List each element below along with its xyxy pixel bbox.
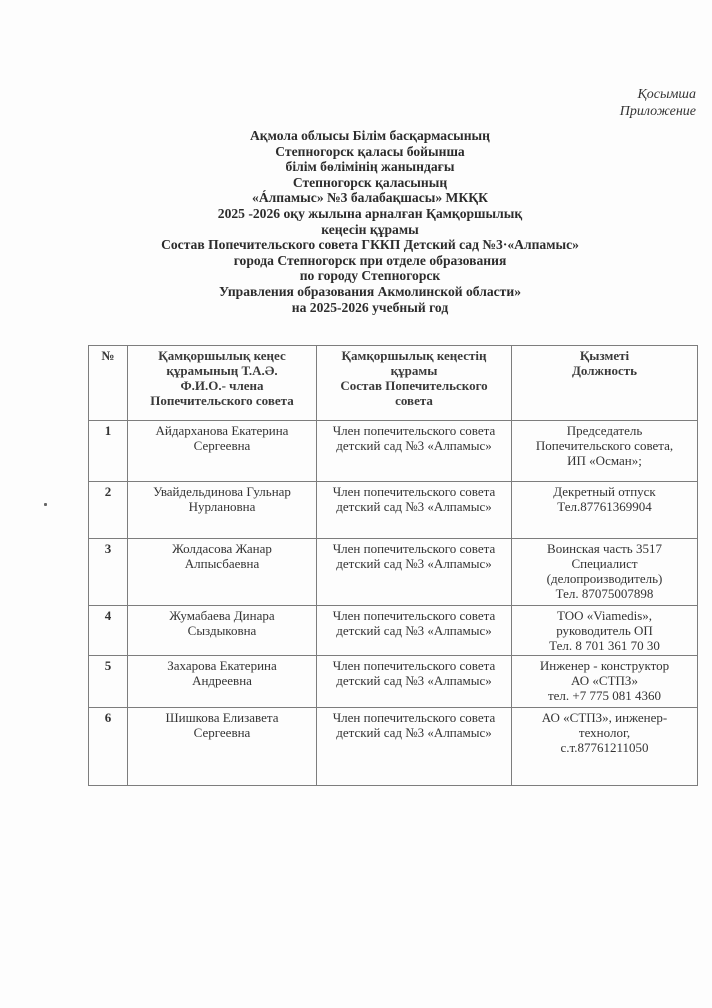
council-role-line: детский сад №3 «Алпамыс»: [320, 725, 508, 740]
row-number: 4: [89, 606, 128, 656]
table-row: 4Жумабаева ДинараСыздыковнаЧлен попечите…: [89, 606, 698, 656]
council-role: Член попечительского советадетский сад №…: [317, 708, 512, 786]
council-role: Член попечительского советадетский сад №…: [317, 606, 512, 656]
heading-line: кеңесін құрамы: [60, 222, 680, 238]
member-name-line: Увайдельдинова Гульнар: [131, 484, 313, 499]
member-position: АО «СТПЗ», инженер-технолог,с.т.87761211…: [512, 708, 698, 786]
header-text-line: құрамының Т.А.Ә.: [131, 363, 313, 378]
council-role-line: Член попечительского совета: [320, 710, 508, 725]
header-text-line: Попечительского совета: [131, 393, 313, 408]
member-name-line: Сергеевна: [131, 725, 313, 740]
row-number: 5: [89, 656, 128, 708]
table-body: 1Айдарханова ЕкатеринаСергеевнаЧлен попе…: [89, 421, 698, 786]
scan-speck: [44, 503, 47, 506]
member-name: Увайдельдинова ГульнарНурлановна: [128, 482, 317, 539]
header-council-role: Қамқоршылық кеңестіңқұрамыСостав Попечит…: [317, 346, 512, 421]
council-role: Член попечительского советадетский сад №…: [317, 482, 512, 539]
heading-line: «Áлпамыс» №3 балабақшасы» МКҚК: [60, 190, 680, 206]
header-text-line: Должность: [515, 363, 694, 378]
member-name-line: Алпысбаевна: [131, 556, 313, 571]
header-text-line: Қамқоршылық кеңес: [131, 348, 313, 363]
member-position-line: технолог,: [515, 725, 694, 740]
member-position-line: (делопроизводитель): [515, 571, 694, 586]
header-text-line: совета: [320, 393, 508, 408]
council-role: Член попечительского советадетский сад №…: [317, 656, 512, 708]
member-name-line: Жумабаева Динара: [131, 608, 313, 623]
header-number: №: [89, 346, 128, 421]
member-position-line: Тел.87761369904: [515, 499, 694, 514]
council-role-line: Член попечительского совета: [320, 423, 508, 438]
council-role-line: Член попечительского совета: [320, 608, 508, 623]
council-role-line: детский сад №3 «Алпамыс»: [320, 623, 508, 638]
member-name: Жолдасова ЖанарАлпысбаевна: [128, 539, 317, 606]
member-name-line: Жолдасова Жанар: [131, 541, 313, 556]
member-position-line: ИП «Осман»;: [515, 453, 694, 468]
member-position-line: ТОО «Viamedis»,: [515, 608, 694, 623]
board-members-table: №Қамқоршылық кеңесқұрамының Т.А.Ә.Ф.И.О.…: [88, 345, 698, 786]
member-name-line: Захарова Екатерина: [131, 658, 313, 673]
appendix-label-ru: Приложение: [620, 103, 696, 120]
council-role-line: детский сад №3 «Алпамыс»: [320, 673, 508, 688]
member-position-line: Председатель: [515, 423, 694, 438]
member-position-line: Инженер - конструктор: [515, 658, 694, 673]
member-name-line: Нурлановна: [131, 499, 313, 514]
member-position-line: АО «СТПЗ», инженер-: [515, 710, 694, 725]
heading-line: білім бөлімінің жанындағы: [60, 159, 680, 175]
member-name: Жумабаева ДинараСыздыковна: [128, 606, 317, 656]
member-name-line: Сыздыковна: [131, 623, 313, 638]
heading-line: 2025 -2026 оқу жылына арналған Қамқоршыл…: [60, 206, 680, 222]
member-name: Шишкова ЕлизаветаСергеевна: [128, 708, 317, 786]
member-position: ПредседательПопечительского совета,ИП «О…: [512, 421, 698, 482]
table-row: 1Айдарханова ЕкатеринаСергеевнаЧлен попе…: [89, 421, 698, 482]
member-position-line: АО «СТПЗ»: [515, 673, 694, 688]
council-role-line: детский сад №3 «Алпамыс»: [320, 499, 508, 514]
member-name-line: Шишкова Елизавета: [131, 710, 313, 725]
appendix-label: Қосымша Приложение: [620, 86, 696, 120]
heading-line: Управления образования Акмолинской облас…: [60, 284, 680, 300]
header-full-name: Қамқоршылық кеңесқұрамының Т.А.Ә.Ф.И.О.-…: [128, 346, 317, 421]
header-text-line: Қамқоршылық кеңестің: [320, 348, 508, 363]
council-role-line: Член попечительского совета: [320, 541, 508, 556]
council-role: Член попечительского советадетский сад №…: [317, 421, 512, 482]
member-position-line: тел. +7 775 081 4360: [515, 688, 694, 703]
heading-line: Ақмола облысы Білім басқармасының: [60, 128, 680, 144]
member-position-line: руководитель ОП: [515, 623, 694, 638]
heading-line: города Степногорск при отделе образовани…: [60, 253, 680, 269]
heading-line: по городу Степногорск: [60, 268, 680, 284]
council-role-line: детский сад №3 «Алпамыс»: [320, 438, 508, 453]
member-name-line: Андреевна: [131, 673, 313, 688]
member-position: Воинская часть 3517Специалист(делопроизв…: [512, 539, 698, 606]
appendix-label-kz: Қосымша: [620, 86, 696, 103]
header-text-line: құрамы: [320, 363, 508, 378]
heading-line: на 2025-2026 учебный год: [60, 300, 680, 316]
table-row: 3Жолдасова ЖанарАлпысбаевнаЧлен попечите…: [89, 539, 698, 606]
member-position-line: Декретный отпуск: [515, 484, 694, 499]
council-role-line: детский сад №3 «Алпамыс»: [320, 556, 508, 571]
table-row: 5Захарова ЕкатеринаАндреевнаЧлен попечит…: [89, 656, 698, 708]
header-text-line: №: [92, 348, 124, 363]
council-role-line: Член попечительского совета: [320, 484, 508, 499]
table-row: 6Шишкова ЕлизаветаСергеевнаЧлен попечите…: [89, 708, 698, 786]
row-number: 6: [89, 708, 128, 786]
council-role: Член попечительского советадетский сад №…: [317, 539, 512, 606]
row-number: 2: [89, 482, 128, 539]
heading-line: Состав Попечительского совета ГККП Детск…: [60, 237, 680, 253]
member-name: Айдарханова ЕкатеринаСергеевна: [128, 421, 317, 482]
heading-line: Степногорск қаласының: [60, 175, 680, 191]
row-number: 1: [89, 421, 128, 482]
member-position-line: Тел. 8 701 361 70 30: [515, 638, 694, 653]
table-row: 2Увайдельдинова ГульнарНурлановнаЧлен по…: [89, 482, 698, 539]
member-position: Декретный отпускТел.87761369904: [512, 482, 698, 539]
member-position-line: с.т.87761211050: [515, 740, 694, 755]
document-heading: Ақмола облысы Білім басқармасының Степно…: [60, 128, 680, 315]
member-name: Захарова ЕкатеринаАндреевна: [128, 656, 317, 708]
member-position-line: Попечительского совета,: [515, 438, 694, 453]
row-number: 3: [89, 539, 128, 606]
table-header-row: №Қамқоршылық кеңесқұрамының Т.А.Ә.Ф.И.О.…: [89, 346, 698, 421]
header-position: ҚызметіДолжность: [512, 346, 698, 421]
member-position: Инженер - конструкторАО «СТПЗ»тел. +7 77…: [512, 656, 698, 708]
member-position-line: Специалист: [515, 556, 694, 571]
header-text-line: Состав Попечительского: [320, 378, 508, 393]
heading-line: Степногорск қаласы бойынша: [60, 144, 680, 160]
header-text-line: Ф.И.О.- члена: [131, 378, 313, 393]
member-name-line: Айдарханова Екатерина: [131, 423, 313, 438]
member-position-line: Тел. 87075007898: [515, 586, 694, 601]
council-role-line: Член попечительского совета: [320, 658, 508, 673]
member-position: ТОО «Viamedis»,руководитель ОПТел. 8 701…: [512, 606, 698, 656]
member-name-line: Сергеевна: [131, 438, 313, 453]
header-text-line: Қызметі: [515, 348, 694, 363]
member-position-line: Воинская часть 3517: [515, 541, 694, 556]
